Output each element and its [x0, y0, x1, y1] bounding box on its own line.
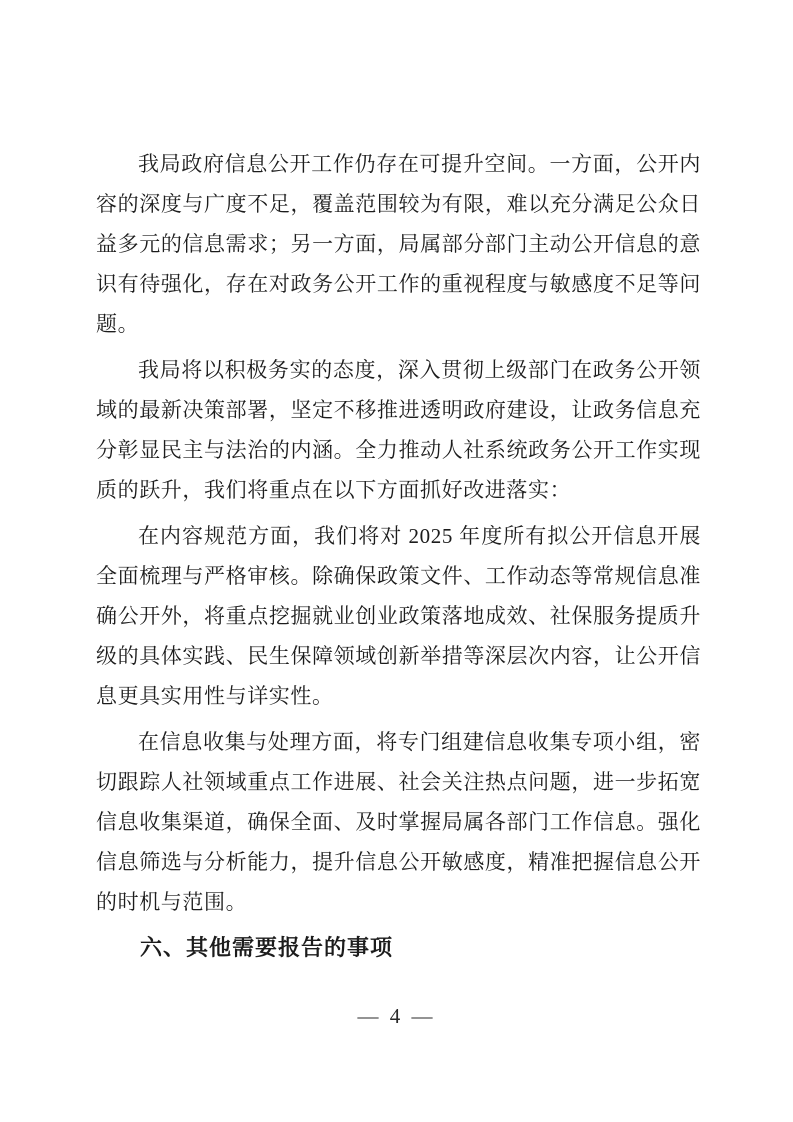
- document-page: 我局政府信息公开工作仍存在可提升空间。一方面，公开内容的深度与广度不足，覆盖范围…: [0, 0, 793, 1122]
- page-footer: — 4 —: [0, 1004, 793, 1029]
- paragraph-info-collection: 在信息收集与处理方面，将专门组建信息收集专项小组，密切跟踪人社领域重点工作进展、…: [96, 722, 701, 922]
- page-number: — 4 —: [358, 1004, 436, 1028]
- paragraph-current-gaps: 我局政府信息公开工作仍存在可提升空间。一方面，公开内容的深度与广度不足，覆盖范围…: [96, 144, 701, 344]
- section-heading: 六、其他需要报告的事项: [96, 928, 701, 968]
- document-body: 我局政府信息公开工作仍存在可提升空间。一方面，公开内容的深度与广度不足，覆盖范围…: [96, 144, 701, 968]
- paragraph-improvement-commitment: 我局将以积极务实的态度，深入贯彻上级部门在政务公开领域的最新决策部署，坚定不移推…: [96, 350, 701, 510]
- paragraph-content-standards: 在内容规范方面，我们将对 2025 年度所有拟公开信息开展全面梳理与严格审核。除…: [96, 516, 701, 716]
